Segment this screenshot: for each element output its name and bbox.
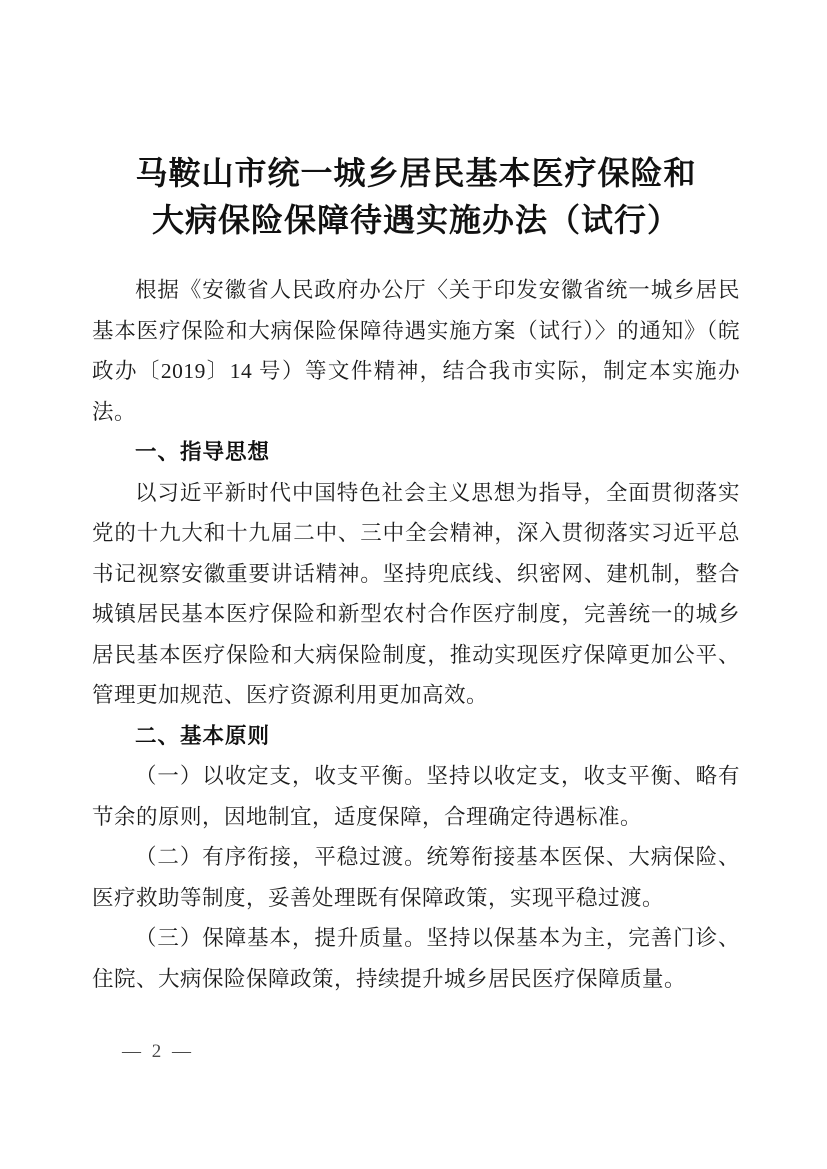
document-title-line-2: 大病保险保障待遇实施办法（试行）: [92, 197, 740, 244]
paragraph-principle-3: （三）保障基本，提升质量。坚持以保基本为主，完善门诊、住院、大病保险保障政策，持…: [92, 918, 740, 999]
page-number: — 2 —: [122, 1040, 194, 1064]
document-title: 马鞍山市统一城乡居民基本医疗保险和 大病保险保障待遇实施办法（试行）: [92, 150, 740, 244]
paragraph-principle-1: （一）以收定支，收支平衡。坚持以收定支，收支平衡、略有节余的原则，因地制宜，适度…: [92, 756, 740, 837]
paragraph-basis: 根据《安徽省人民政府办公厅〈关于印发安徽省统一城乡居民基本医疗保险和大病保险保障…: [92, 270, 740, 432]
document-title-line-1: 马鞍山市统一城乡居民基本医疗保险和: [92, 150, 740, 197]
document-page: 马鞍山市统一城乡居民基本医疗保险和 大病保险保障待遇实施办法（试行） 根据《安徽…: [0, 0, 827, 1169]
section-heading-guiding-ideology: 一、指导思想: [92, 432, 740, 473]
document-content: 马鞍山市统一城乡居民基本医疗保险和 大病保险保障待遇实施办法（试行） 根据《安徽…: [92, 150, 740, 999]
section-heading-basic-principles: 二、基本原则: [92, 716, 740, 757]
paragraph-guiding-ideology: 以习近平新时代中国特色社会主义思想为指导，全面贯彻落实党的十九大和十九届二中、三…: [92, 473, 740, 716]
paragraph-principle-2: （二）有序衔接，平稳过渡。统筹衔接基本医保、大病保险、医疗救助等制度，妥善处理既…: [92, 837, 740, 918]
